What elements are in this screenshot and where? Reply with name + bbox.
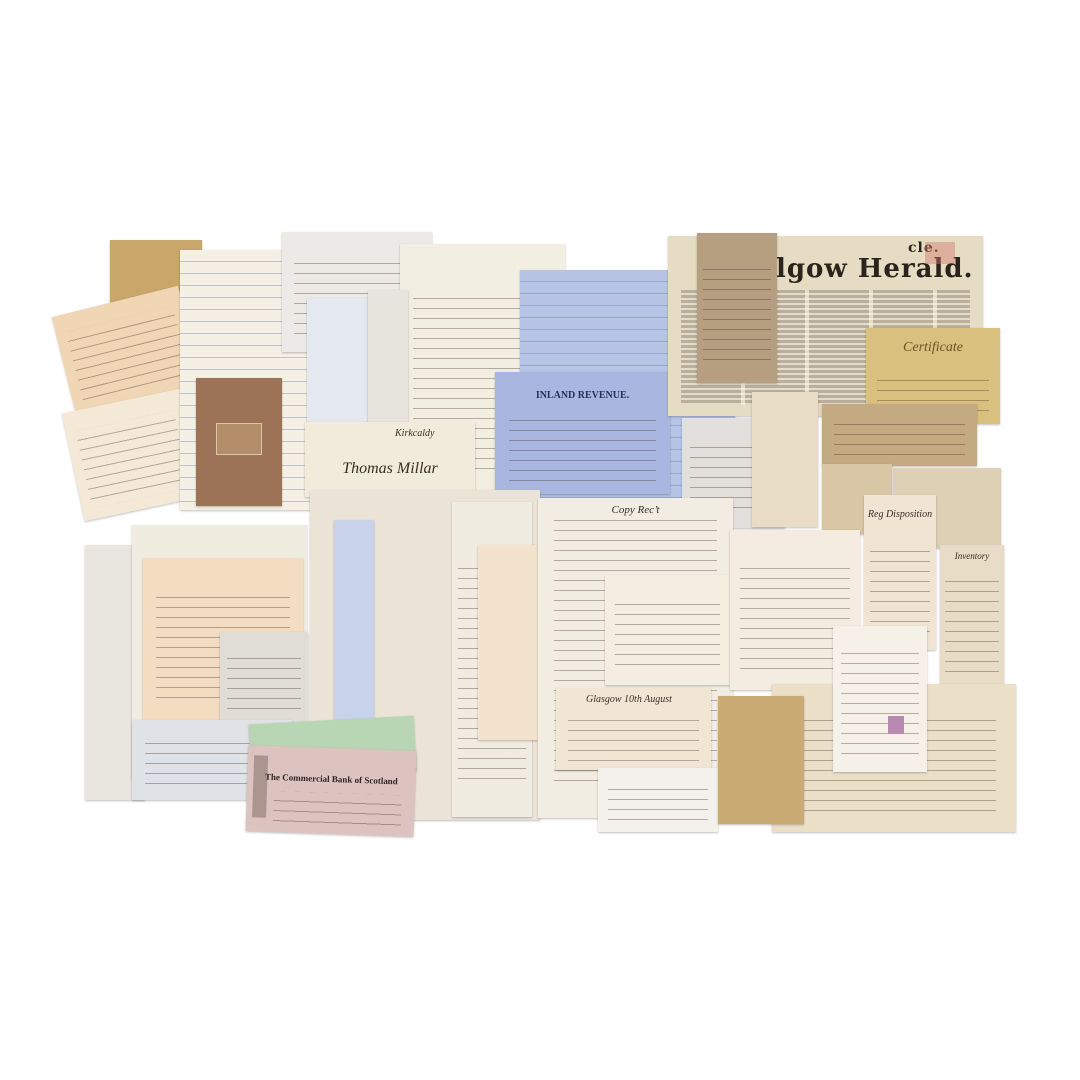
brown-booklet bbox=[196, 378, 282, 506]
brown-docket bbox=[697, 233, 777, 383]
inland-revenue-title: INLAND REVENUE. bbox=[495, 390, 670, 401]
small-note bbox=[605, 575, 730, 685]
bank-name: The Commercial Bank of Scotland bbox=[247, 771, 415, 787]
letter-with-seal bbox=[833, 626, 927, 772]
receipt-location: Kirkcaldy bbox=[395, 428, 475, 439]
peach-strip bbox=[478, 545, 538, 740]
brown-parchment bbox=[822, 404, 977, 466]
blue-slip bbox=[334, 520, 374, 720]
inventory-title: Inventory bbox=[940, 551, 1004, 561]
document-collection-photo: INLAND REVENUE. Kirkcaldy Thomas Millar … bbox=[0, 0, 1080, 1080]
millar-receipt: Kirkcaldy Thomas Millar bbox=[305, 422, 475, 497]
inventory-doc: Inventory bbox=[940, 545, 1004, 695]
certificate-title: Certificate bbox=[866, 340, 1000, 356]
grey-slip bbox=[368, 290, 408, 425]
glasgow-note: Glasgow 10th August bbox=[556, 688, 711, 770]
receipt-payee: Thomas Millar bbox=[305, 460, 475, 478]
inland-revenue-form: INLAND REVENUE. bbox=[495, 372, 670, 494]
pale-blue-slip bbox=[307, 298, 369, 428]
vellum-booklet bbox=[718, 696, 804, 824]
commercial-bank-cheque: The Commercial Bank of Scotland bbox=[246, 745, 417, 837]
white-note bbox=[598, 768, 718, 832]
grey-folded-letter bbox=[220, 632, 308, 727]
disposition-title: Reg Disposition bbox=[864, 509, 936, 520]
tan-sheet bbox=[752, 392, 818, 527]
glasgow-note-date: Glasgow 10th August bbox=[586, 694, 711, 705]
